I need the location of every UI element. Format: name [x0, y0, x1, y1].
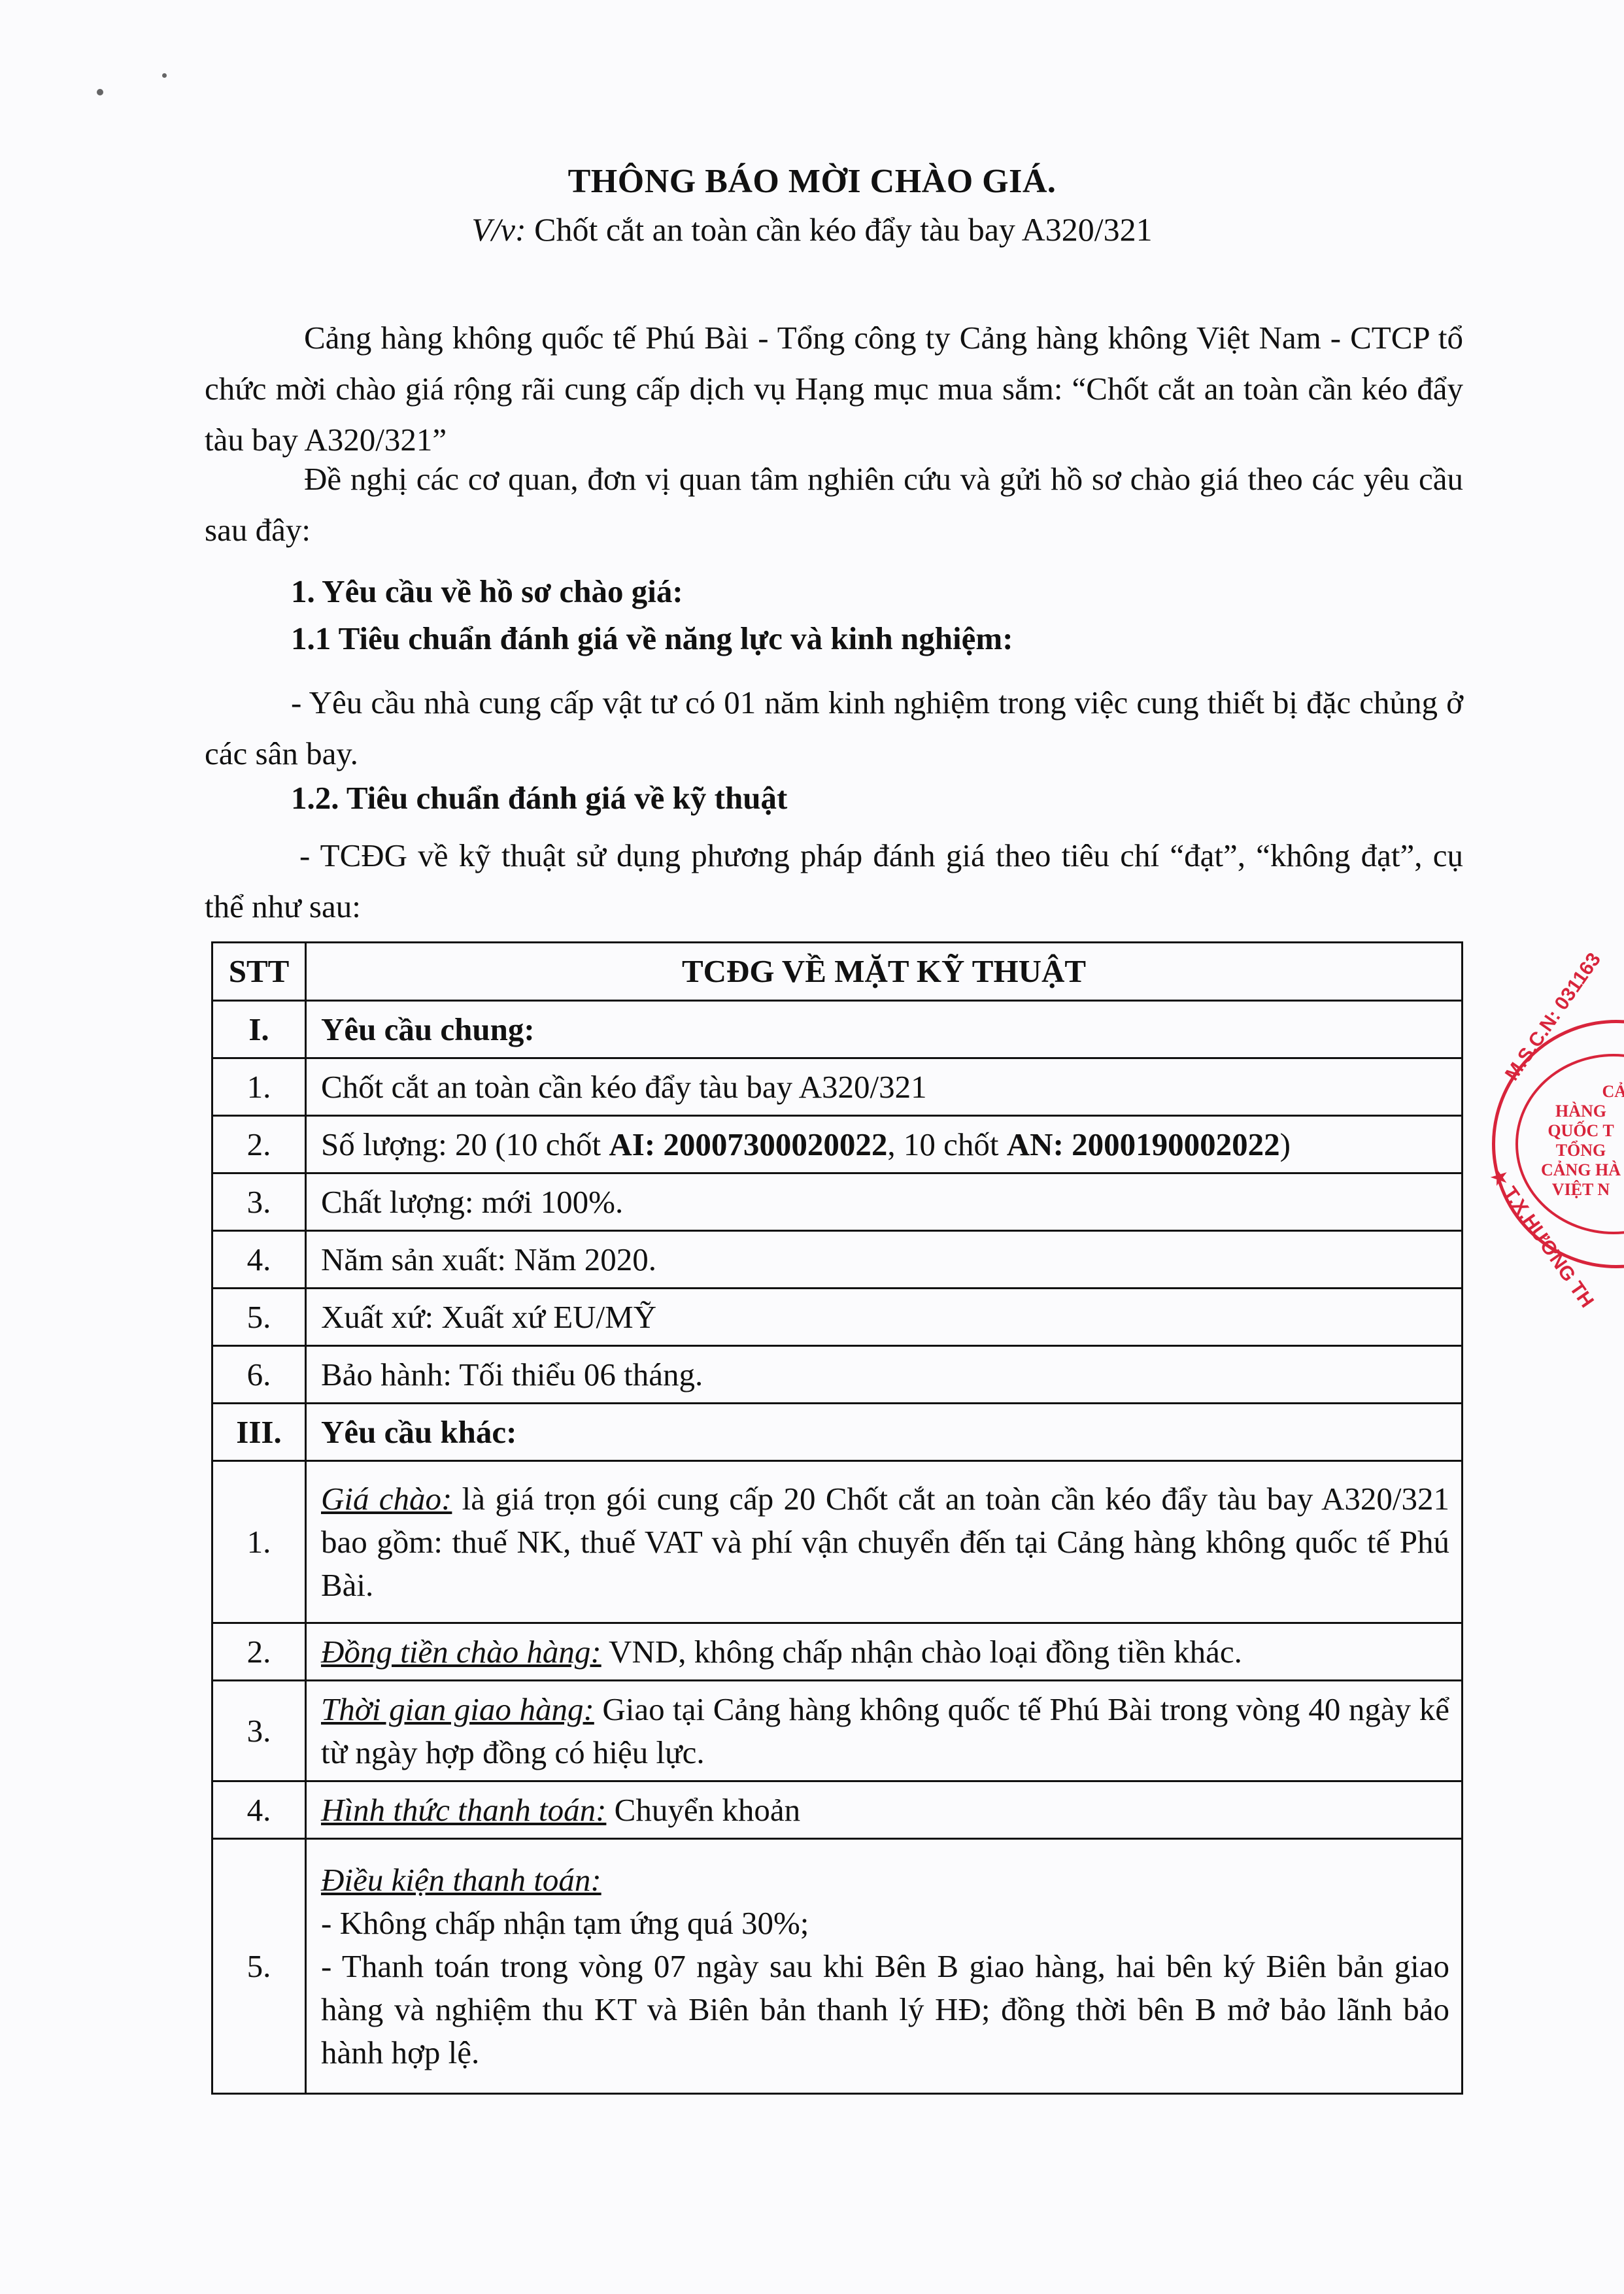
subtitle-prefix: V/v: [471, 211, 526, 248]
table-row: 4. Hình thức thanh toán: Chuyển khoản [212, 1781, 1463, 1839]
scan-speck [97, 89, 103, 95]
table-row: 2. Đồng tiền chào hàng: VND, không chấp … [212, 1623, 1463, 1681]
section-1-heading: 1. Yêu cầu về hồ sơ chào giá: [291, 573, 683, 610]
subtitle-text: Chốt cắt an toàn cần kéo đẩy tàu bay A32… [526, 211, 1153, 248]
table-row: 2. Số lượng: 20 (10 chốt AI: 20007300020… [212, 1116, 1463, 1173]
an-part-number: AN: 2000190002022 [1007, 1126, 1280, 1162]
intro-paragraph: Cảng hàng không quốc tế Phú Bài - Tổng c… [205, 312, 1463, 465]
section-row-other: III. Yêu cầu khác: [212, 1404, 1463, 1461]
table-row: 3. Thời gian giao hàng: Giao tại Cảng hà… [212, 1681, 1463, 1781]
section-1-2-heading: 1.2. Tiêu chuẩn đánh giá về kỹ thuật [291, 779, 787, 817]
document-title: THÔNG BÁO MỜI CHÀO GIÁ. [0, 162, 1624, 201]
document-subtitle: V/v: Chốt cắt an toàn cần kéo đẩy tàu ba… [0, 211, 1624, 248]
table-row: 5. Xuất xứ: Xuất xứ EU/MỸ [212, 1289, 1463, 1346]
scan-speck [162, 73, 167, 78]
table-row: 5. Điều kiện thanh toán: - Không chấp nh… [212, 1839, 1463, 2094]
stamp-center-text: CẢ HÀNG QUỐC T TỔNG CẢNG HÀ VIỆT N [1535, 1082, 1624, 1200]
table-row: 6. Bảo hành: Tối thiểu 06 tháng. [212, 1346, 1463, 1404]
request-paragraph: Đề nghị các cơ quan, đơn vị quan tâm ngh… [205, 454, 1463, 556]
ai-part-number: AI: 20007300020022 [609, 1126, 887, 1162]
section-1-1-text: - Yêu cầu nhà cung cấp vật tư có 01 năm … [205, 677, 1463, 779]
section-row-general: I. Yêu cầu chung: [212, 1001, 1463, 1058]
table-row: 1. Chốt cắt an toàn cần kéo đẩy tàu bay … [212, 1058, 1463, 1116]
table-row: 4. Năm sản xuất: Năm 2020. [212, 1231, 1463, 1289]
section-1-2-text: - TCĐG về kỹ thuật sử dụng phương pháp đ… [205, 830, 1463, 932]
table-header-row: STT TCĐG VỀ MẶT KỸ THUẬT [212, 943, 1463, 1001]
table-row: 1. Giá chào: là giá trọn gói cung cấp 20… [212, 1461, 1463, 1623]
technical-criteria-table: STT TCĐG VỀ MẶT KỸ THUẬT I. Yêu cầu chun… [211, 941, 1463, 2095]
header-criteria: TCĐG VỀ MẶT KỸ THUẬT [306, 943, 1463, 1001]
table-row: 3. Chất lượng: mới 100%. [212, 1173, 1463, 1231]
section-1-1-heading: 1.1 Tiêu chuẩn đánh giá về năng lực và k… [291, 620, 1013, 657]
header-stt: STT [212, 943, 306, 1001]
